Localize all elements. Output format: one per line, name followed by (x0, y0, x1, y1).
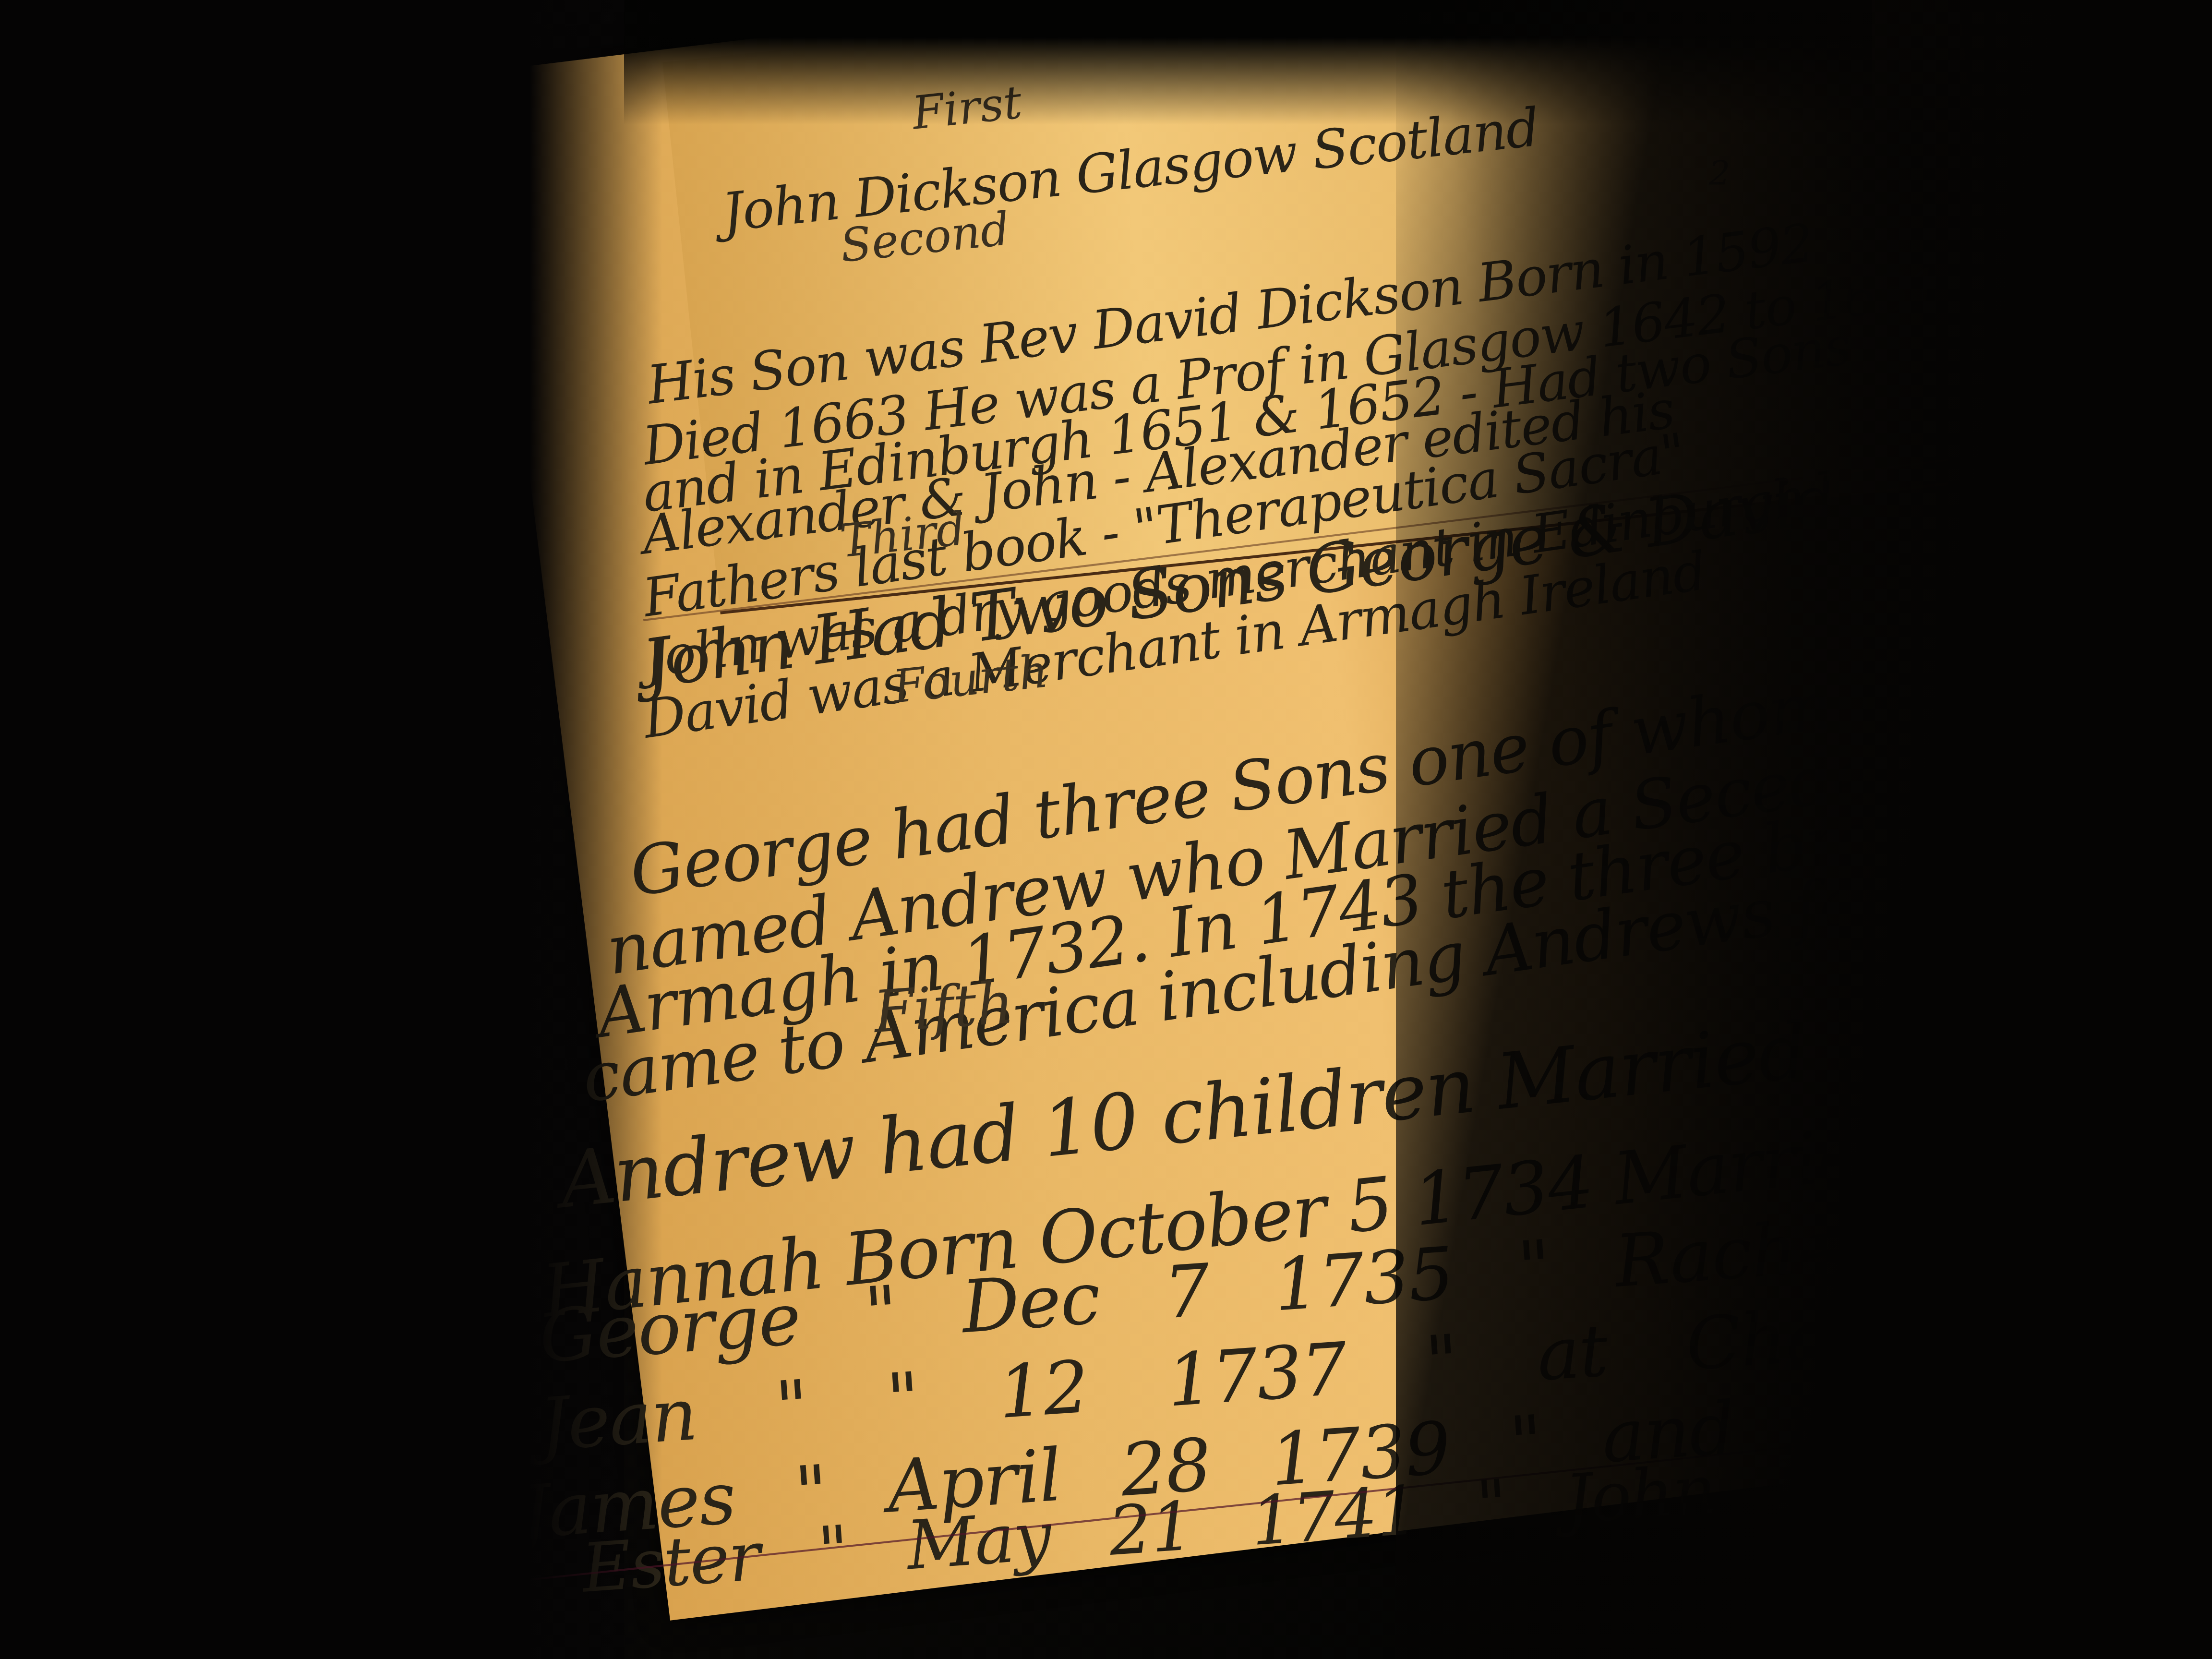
child-month: " (884, 1357, 922, 1443)
child-day: 21 (1106, 1487, 1195, 1571)
section-heading-fifth: Fifth (872, 970, 1016, 1046)
child-month: May (904, 1497, 1053, 1586)
child-year: 1737 (1165, 1327, 1349, 1423)
left-shadow (0, 0, 662, 1659)
child-born: " (773, 1365, 811, 1450)
right-shadow (1396, 0, 2212, 1659)
child-born: " (862, 1271, 900, 1356)
child-month: Dec (959, 1256, 1102, 1349)
child-year: 1741 (1249, 1471, 1421, 1561)
child-day: 12 (996, 1346, 1091, 1435)
child-born: " (816, 1511, 851, 1591)
child-day: 7 (1161, 1249, 1212, 1335)
